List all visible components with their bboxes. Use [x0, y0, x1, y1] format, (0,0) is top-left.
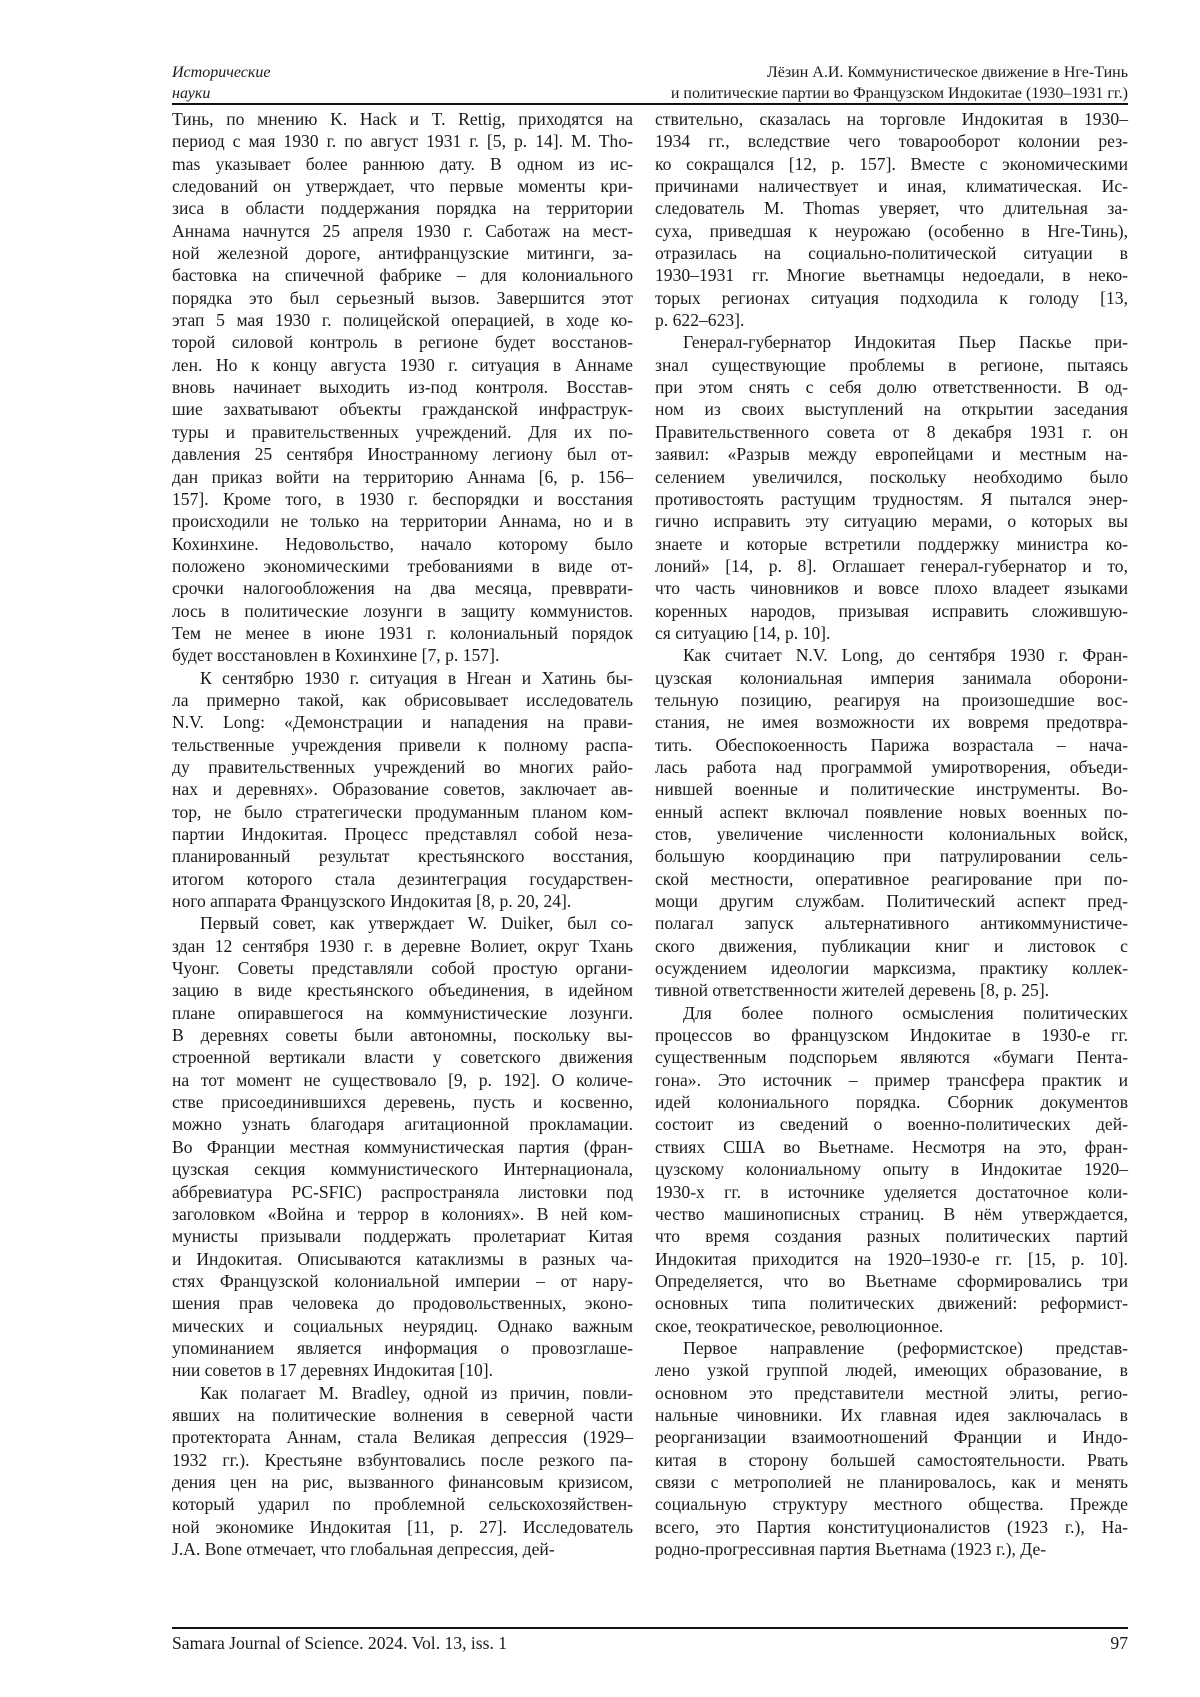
section-label-line1: Исторические	[172, 62, 270, 83]
text-line: на тот момент не существовало [9, p. 192…	[172, 1069, 633, 1091]
text-line: зацию в виде крестьянского объединения, …	[172, 979, 633, 1001]
text-line: партии Индокитая. Процесс представлял со…	[172, 823, 633, 845]
text-line: бастовка на спичечной фабрике – для коло…	[172, 264, 633, 286]
text-line: суха, приведшая к неурожаю (особенно в Н…	[655, 220, 1128, 242]
article-title: Лёзин А.И. Коммунистическое движение в Н…	[671, 62, 1128, 104]
text-line: 1932 гг.). Крестьяне взбунтовались после…	[172, 1449, 633, 1471]
running-header: Исторические науки Лёзин А.И. Коммунисти…	[172, 60, 1128, 104]
text-line: Первый совет, как утверждает W. Duiker, …	[172, 912, 633, 934]
text-line: Тинь, по мнению K. Hack и T. Rettig, при…	[172, 108, 633, 130]
text-line: всего, это Партия конституционалистов (1…	[655, 1516, 1128, 1538]
text-line: что часть чиновников и вовсе плохо владе…	[655, 577, 1128, 599]
text-line: что время создания разных политических п…	[655, 1225, 1128, 1247]
footer-divider	[172, 1627, 1128, 1629]
paragraph: ствительно, сказалась на торговле Индоки…	[655, 108, 1128, 331]
text-line: селением увеличился, поскольку необходим…	[655, 466, 1128, 488]
header-divider	[172, 103, 1128, 105]
text-line: мощи другим службам. Политический аспект…	[655, 890, 1128, 912]
text-line: лась работа над программой умиротворения…	[655, 756, 1128, 778]
paragraph: К сентябрю 1930 г. ситуация в Нгеан и Ха…	[172, 667, 633, 913]
text-line: нах и деревнях». Образование советов, за…	[172, 778, 633, 800]
paragraph: Первый совет, как утверждает W. Duiker, …	[172, 912, 633, 1381]
text-line: 157]. Кроме того, в 1930 г. беспорядки и…	[172, 488, 633, 510]
paragraph: Как считает N.V. Long, до сентября 1930 …	[655, 644, 1128, 1002]
paragraph: Как полагает M. Bradley, одной из причин…	[172, 1382, 633, 1561]
text-line: осуждением идеологии марксизма, практику…	[655, 957, 1128, 979]
text-line: знал существующие проблемы в регионе, пы…	[655, 354, 1128, 376]
paragraph: Первое направление (реформистское) предс…	[655, 1337, 1128, 1560]
text-line: торых регионах ситуация подходила к голо…	[655, 287, 1128, 309]
text-line: гона». Это источник – пример трансфера п…	[655, 1069, 1128, 1091]
article-title-line1: Лёзин А.И. Коммунистическое движение в Н…	[671, 62, 1128, 83]
text-line: противостоять растущим трудностям. Я пыт…	[655, 488, 1128, 510]
text-line: коренных народов, призывая исправить сло…	[655, 600, 1128, 622]
text-line: плане опиравшегося на коммунистические л…	[172, 1002, 633, 1024]
text-line: тить. Обеспокоенность Парижа возрастала …	[655, 734, 1128, 756]
text-line: ское, теократическое, революционное.	[655, 1315, 1128, 1337]
text-line: зиса в области поддержания порядка на те…	[172, 197, 633, 219]
text-line: стях Французской колониальной империи – …	[172, 1270, 633, 1292]
text-line: ной железной дороге, антифранцузские мит…	[172, 242, 633, 264]
text-line: Тем не менее в июне 1931 г. колониальный…	[172, 622, 633, 644]
text-line: Первое направление (реформистское) предс…	[655, 1337, 1128, 1359]
text-line: заявил: «Разрыв между европейцами и мест…	[655, 443, 1128, 465]
text-line: Аннама начнутся 25 апреля 1930 г. Сабота…	[172, 220, 633, 242]
text-line: аббревиатура PC-SFIC) распространяла лис…	[172, 1181, 633, 1203]
text-line: Во Франции местная коммунистическая парт…	[172, 1136, 633, 1158]
paragraph: Генерал-губернатор Индокитая Пьер Паскье…	[655, 331, 1128, 644]
text-line: причинами наличествует и иная, климатиче…	[655, 175, 1128, 197]
text-line: заголовком «Война и террор в колониях». …	[172, 1203, 633, 1225]
text-line: идей колониального порядка. Сборник доку…	[655, 1091, 1128, 1113]
paragraph: Тинь, по мнению K. Hack и T. Rettig, при…	[172, 108, 633, 667]
text-line: дения цен на рис, вызванного финансовым …	[172, 1471, 633, 1493]
text-line: дан приказ войти на территорию Аннама [6…	[172, 466, 633, 488]
text-line: явших на политические волнения в северно…	[172, 1404, 633, 1426]
text-line: Правительственного совета от 8 декабря 1…	[655, 421, 1128, 443]
text-line: порядка это был серьезный вызов. Заверши…	[172, 287, 633, 309]
text-line: ской местности, оперативное реагирование…	[655, 868, 1128, 890]
text-line: полагал запуск альтернативного антикомму…	[655, 912, 1128, 934]
text-line: чество машинописных страниц. В нём утвер…	[655, 1203, 1128, 1225]
text-line: Для более полного осмысления политически…	[655, 1002, 1128, 1024]
text-line: Определяется, что во Вьетнаме сформирова…	[655, 1270, 1128, 1292]
text-line: родно-прогрессивная партия Вьетнама (192…	[655, 1538, 1128, 1560]
text-line: нившей военные и политические инструмент…	[655, 778, 1128, 800]
text-line: лено узкой группой людей, имеющих образо…	[655, 1359, 1128, 1381]
text-line: при этом снять с себя долю ответственнос…	[655, 376, 1128, 398]
text-line: связи с метрополией не планировалось, ка…	[655, 1471, 1128, 1493]
text-line: стов, увеличение численности колониальны…	[655, 823, 1128, 845]
text-line: период с мая 1930 г. по август 1931 г. […	[172, 130, 633, 152]
text-line: N.V. Long: «Демонстрации и нападения на …	[172, 711, 633, 733]
text-line: тивной ответственности жителей деревень …	[655, 979, 1128, 1001]
text-line: ствиях США во Вьетнаме. Несмотря на это,…	[655, 1136, 1128, 1158]
text-line: J.A. Bone отмечает, что глобальная депре…	[172, 1538, 633, 1560]
text-line: 1930-х гг. в источнике уделяется достато…	[655, 1181, 1128, 1203]
text-line: енный аспект включал появление новых вое…	[655, 801, 1128, 823]
text-line: Генерал-губернатор Индокитая Пьер Паскье…	[655, 331, 1128, 353]
text-line: можно узнать благодаря агитационной прок…	[172, 1113, 633, 1135]
text-line: ного аппарата Французского Индокитая [8,…	[172, 890, 633, 912]
article-title-line2: и политические партии во Французском Инд…	[671, 83, 1128, 104]
text-line: основных типа политических движений: реф…	[655, 1292, 1128, 1314]
text-line: тельную позицию, реагируя на произошедши…	[655, 689, 1128, 711]
text-line: который ударил по проблемной сельскохозя…	[172, 1493, 633, 1515]
text-line: туры и правительственных учреждений. Для…	[172, 421, 633, 443]
text-line: китая в сторону большей самостоятельност…	[655, 1449, 1128, 1471]
text-line: большую координацию при патрулировании с…	[655, 845, 1128, 867]
text-line: социальную структуру местного общества. …	[655, 1493, 1128, 1515]
section-label: Исторические науки	[172, 62, 270, 104]
text-line: 1934 гг., вследствие чего товарооборот к…	[655, 130, 1128, 152]
text-line: ко сокращался [12, p. 157]. Вместе с эко…	[655, 153, 1128, 175]
text-line: будет восстановлен в Кохинхине [7, p. 15…	[172, 644, 633, 666]
text-line: давления 25 сентября Иностранному легион…	[172, 443, 633, 465]
text-line: шения прав человека до продовольственных…	[172, 1292, 633, 1314]
text-line: следований он утверждает, что первые мом…	[172, 175, 633, 197]
text-line: тельственные учреждения привели к полном…	[172, 734, 633, 756]
journal-citation: Samara Journal of Science. 2024. Vol. 13…	[172, 1632, 507, 1654]
text-line: основном это представители местной элиты…	[655, 1382, 1128, 1404]
text-line: строенной вертикали власти у советского …	[172, 1046, 633, 1068]
text-line: лось в политические лозунги в защиту ком…	[172, 600, 633, 622]
text-line: цузская секция коммунистического Интерна…	[172, 1158, 633, 1180]
text-line: нальные чиновники. Их главная идея заклю…	[655, 1404, 1128, 1426]
text-line: мунисты призывали поддержать пролетариат…	[172, 1225, 633, 1247]
text-line: здан 12 сентября 1930 г. в деревне Волие…	[172, 935, 633, 957]
text-line: процессов во французском Индокитае в 193…	[655, 1024, 1128, 1046]
right-text-column: ствительно, сказалась на торговле Индоки…	[655, 108, 1128, 1560]
text-line: ся ситуацию [14, p. 10].	[655, 622, 1128, 644]
text-line: ном из своих выступлений на открытии зас…	[655, 398, 1128, 420]
text-line: ла примерно такой, как обрисовывает иссл…	[172, 689, 633, 711]
text-line: шие захватывают объекты гражданской инфр…	[172, 398, 633, 420]
text-line: упоминанием является информация о провоз…	[172, 1337, 633, 1359]
text-line: Чуонг. Советы представляли собой простую…	[172, 957, 633, 979]
text-line: лен. Но к концу августа 1930 г. ситуация…	[172, 354, 633, 376]
text-line: итогом которого стала дезинтеграция госу…	[172, 868, 633, 890]
text-line: ной экономике Индокитая [11, p. 27]. Исс…	[172, 1516, 633, 1538]
text-line: лоний» [14, p. 8]. Оглашает генерал-губе…	[655, 555, 1128, 577]
text-line: Кохинхине. Недовольство, начало которому…	[172, 533, 633, 555]
section-label-line2: науки	[172, 83, 270, 104]
text-line: ду правительственных учреждений во многи…	[172, 756, 633, 778]
text-line: протектората Аннам, стала Великая депрес…	[172, 1426, 633, 1448]
text-line: Как считает N.V. Long, до сентября 1930 …	[655, 644, 1128, 666]
text-line: мических и социальных неурядиц. Однако в…	[172, 1315, 633, 1337]
text-line: p. 622–623].	[655, 309, 1128, 331]
text-line: и Индокитая. Описываются катаклизмы в ра…	[172, 1248, 633, 1270]
text-line: В деревнях советы были автономны, поскол…	[172, 1024, 633, 1046]
text-line: Как полагает M. Bradley, одной из причин…	[172, 1382, 633, 1404]
text-line: стания, не имея возможности их вовремя п…	[655, 711, 1128, 733]
text-line: отразилась на социально-политической сит…	[655, 242, 1128, 264]
text-line: стве присоединившихся деревень, пусть и …	[172, 1091, 633, 1113]
text-line: ского движения, публикации книг и листов…	[655, 935, 1128, 957]
text-line: срочки налогообложения на два месяца, пр…	[172, 577, 633, 599]
text-line: 1930–1931 гг. Многие вьетнамцы недоедали…	[655, 264, 1128, 286]
text-line: торой силовой контроль в регионе будет в…	[172, 331, 633, 353]
text-line: существенным подспорьем являются «бумаги…	[655, 1046, 1128, 1068]
text-line: Индокитая приходится на 1920–1930-е гг. …	[655, 1248, 1128, 1270]
paragraph: Для более полного осмысления политически…	[655, 1002, 1128, 1337]
text-line: вновь начинает выходить из-под контроля.…	[172, 376, 633, 398]
text-line: положено экономическими требованиями в в…	[172, 555, 633, 577]
left-text-column: Тинь, по мнению K. Hack и T. Rettig, при…	[172, 108, 633, 1560]
text-line: гично исправить эту ситуацию мерами, о к…	[655, 510, 1128, 532]
text-line: mas указывает более раннюю дату. В одном…	[172, 153, 633, 175]
text-line: ствительно, сказалась на торговле Индоки…	[655, 108, 1128, 130]
text-line: происходили не только на территории Анна…	[172, 510, 633, 532]
text-line: этап 5 мая 1930 г. полицейской операцией…	[172, 309, 633, 331]
text-line: планированный результат крестьянского во…	[172, 845, 633, 867]
text-line: цузскому колониальному опыту в Индокитае…	[655, 1158, 1128, 1180]
text-line: следователь M. Thomas уверяет, что длите…	[655, 197, 1128, 219]
text-line: цузская колониальная империя занимала об…	[655, 667, 1128, 689]
text-line: нии советов в 17 деревнях Индокитая [10]…	[172, 1359, 633, 1381]
text-line: К сентябрю 1930 г. ситуация в Нгеан и Ха…	[172, 667, 633, 689]
text-line: тор, не было стратегически продуманным п…	[172, 801, 633, 823]
text-line: состоит из сведений о военно-политически…	[655, 1113, 1128, 1135]
page-number: 97	[1110, 1632, 1128, 1654]
text-line: знаете и которые встретили поддержку мин…	[655, 533, 1128, 555]
text-line: реорганизации взаимоотношений Франции и …	[655, 1426, 1128, 1448]
